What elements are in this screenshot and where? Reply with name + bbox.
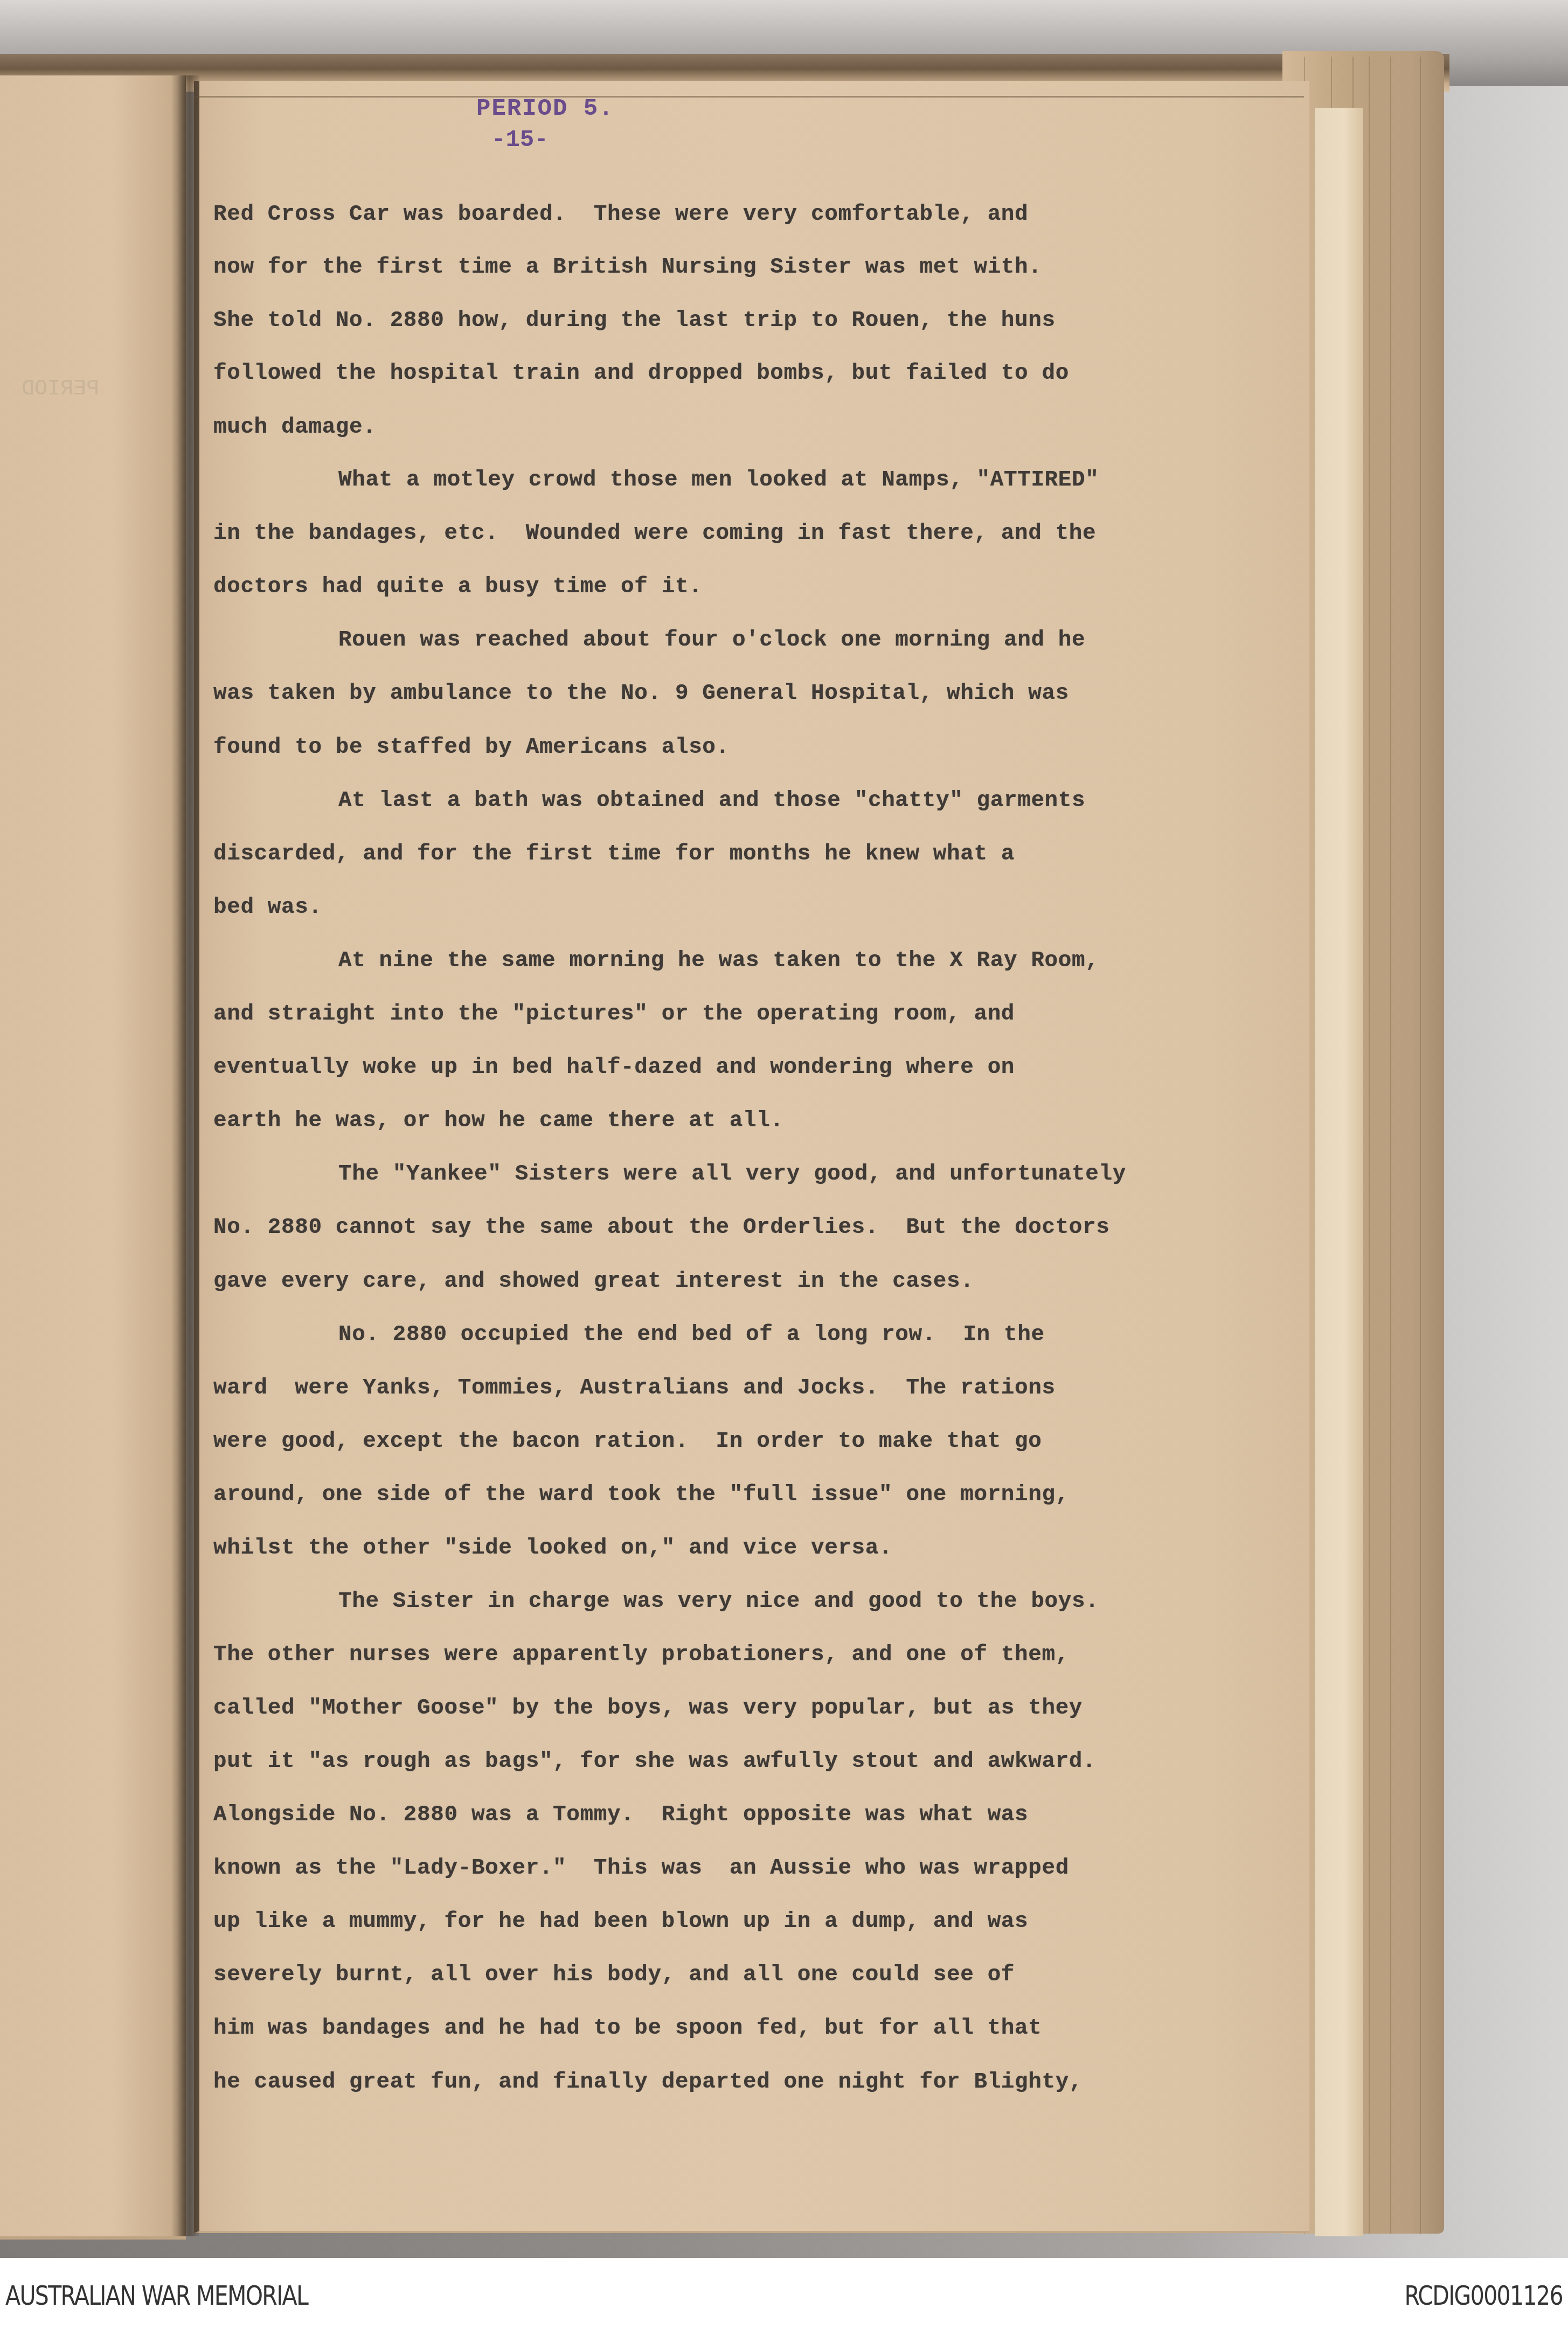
- typed-line: him was bandages and he had to be spoon …: [213, 2018, 1042, 2040]
- period-heading: PERIOD 5.: [476, 97, 614, 121]
- typed-line: followed the hospital train and dropped …: [213, 363, 1069, 385]
- typed-line: was taken by ambulance to the No. 9 Gene…: [213, 683, 1069, 705]
- page-edge-line: [1390, 57, 1391, 2234]
- catalogue-id: RCDIG0001126: [1405, 2282, 1563, 2309]
- typed-line: doctors had quite a busy time of it.: [213, 576, 702, 598]
- typed-line: At last a bath was obtained and those "c…: [338, 790, 1085, 812]
- typed-line: severely burnt, all over his body, and a…: [213, 1964, 1015, 1986]
- typed-line: around, one side of the ward took the "f…: [213, 1484, 1069, 1506]
- page-edge-line: [1369, 57, 1370, 2234]
- show-through-text: PERIOD: [22, 377, 99, 401]
- typed-line: She told No. 2880 how, during the last t…: [213, 310, 1056, 332]
- typed-line: No. 2880 occupied the end bed of a long …: [338, 1324, 1045, 1346]
- typed-line: were good, except the bacon ration. In o…: [213, 1431, 1042, 1453]
- typed-line: The "Yankee" Sisters were all very good,…: [338, 1163, 1126, 1186]
- typed-line: much damage.: [213, 417, 376, 439]
- typed-line: in the bandages, etc. Wounded were comin…: [213, 523, 1096, 545]
- typed-line: No. 2880 cannot say the same about the O…: [213, 1217, 1109, 1239]
- typed-line: bed was.: [213, 897, 322, 919]
- typed-line: he caused great fun, and finally departe…: [213, 2071, 1083, 2094]
- torn-paper-slip: [1315, 108, 1363, 2236]
- typed-line: found to be staffed by Americans also.: [213, 737, 730, 759]
- typed-line: whilst the other "side looked on," and v…: [213, 1537, 892, 1559]
- typed-line: up like a mummy, for he had been blown u…: [213, 1911, 1028, 1933]
- typed-line: What a motley crowd those men looked at …: [338, 469, 1099, 491]
- typed-line: Rouen was reached about four o'clock one…: [338, 629, 1085, 651]
- typed-line: Alongside No. 2880 was a Tommy. Right op…: [213, 1804, 1028, 1826]
- typed-line: and straight into the "pictures" or the …: [213, 1003, 1015, 1025]
- typed-line: Red Cross Car was boarded. These were ve…: [213, 204, 1028, 226]
- page-top-rule: [194, 96, 1304, 98]
- typed-line: ward were Yanks, Tommies, Australians an…: [213, 1377, 1056, 1399]
- book-gutter: [178, 75, 199, 2236]
- typed-line: earth he was, or how he came there at al…: [213, 1110, 784, 1132]
- typed-line: discarded, and for the first time for mo…: [213, 843, 1015, 865]
- typed-line: known as the "Lady-Boxer." This was an A…: [213, 1857, 1069, 1880]
- typed-line: gave every care, and showed great intere…: [213, 1271, 974, 1293]
- page-edge-line: [1420, 57, 1421, 2234]
- institution-label: AUSTRALIAN WAR MEMORIAL: [5, 2282, 308, 2309]
- typed-line: eventually woke up in bed half-dazed and…: [213, 1057, 1015, 1079]
- left-page: PERIOD: [0, 75, 186, 2240]
- typed-line: The other nurses were apparently probati…: [213, 1644, 1069, 1666]
- typed-line: The Sister in charge was very nice and g…: [338, 1591, 1099, 1613]
- typed-line: At nine the same morning he was taken to…: [338, 950, 1099, 972]
- page-number: -15-: [491, 128, 549, 152]
- typed-line: called "Mother Goose" by the boys, was v…: [213, 1697, 1083, 1720]
- typed-line: now for the first time a British Nursing…: [213, 257, 1042, 279]
- typed-line: put it "as rough as bags", for she was a…: [213, 1751, 1096, 1773]
